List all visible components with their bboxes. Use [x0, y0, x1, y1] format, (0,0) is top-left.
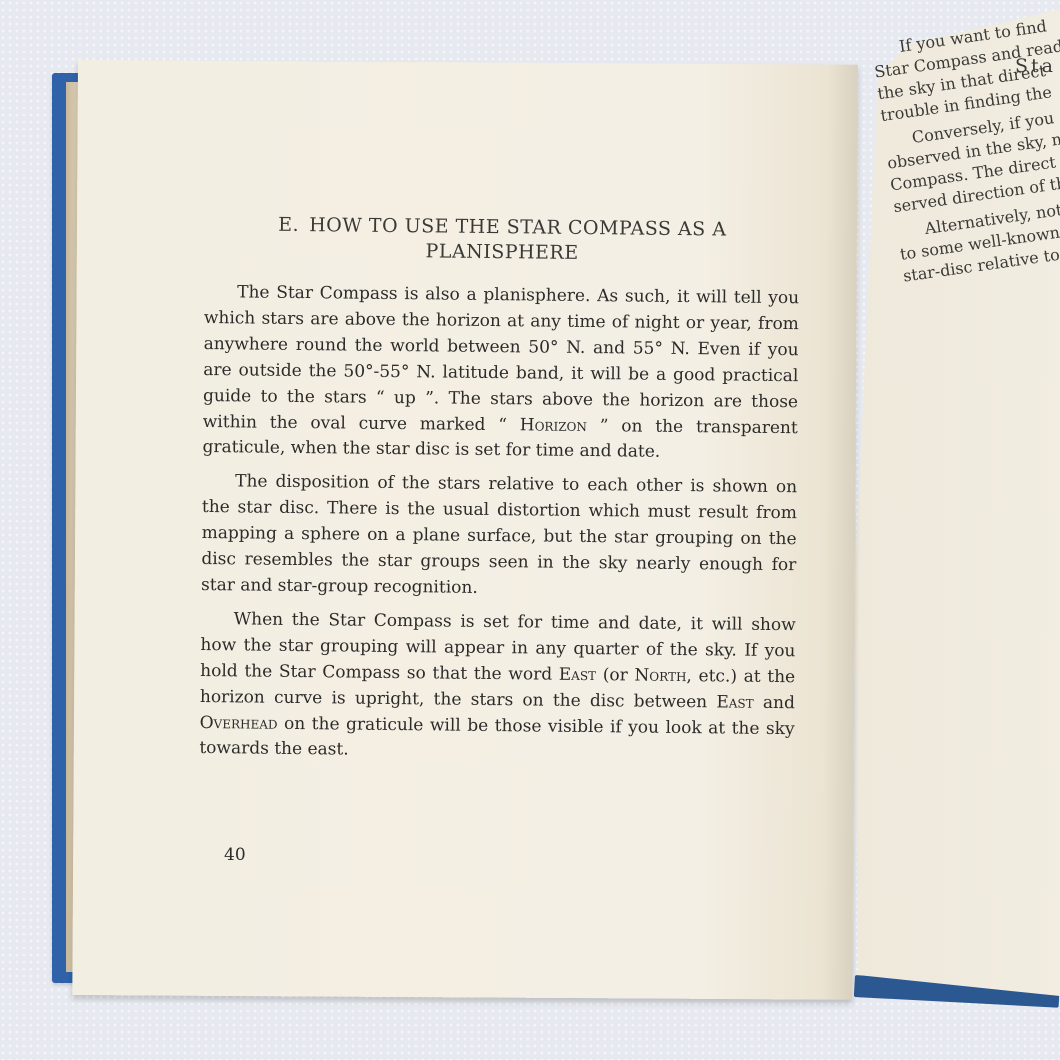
text-run: (or	[596, 665, 635, 685]
small-caps-term: Horizon	[520, 415, 587, 436]
text-run: The Star Compass is also a planisphere. …	[203, 282, 800, 434]
small-caps-term: Overhead	[200, 712, 278, 733]
paragraph-2: The disposition of the stars relative to…	[201, 469, 797, 605]
chapter-title-line2: PLANISPHERE	[425, 240, 578, 264]
small-caps-term: East	[559, 664, 597, 684]
small-caps-term: East	[716, 692, 754, 712]
paragraph-3: When the Star Compass is set for time an…	[199, 607, 796, 769]
chapter-label: E.	[278, 214, 299, 236]
small-caps-term: North	[634, 665, 686, 686]
right-page-text: If you want to find Star Compass and rea…	[870, 0, 1060, 292]
text-run: and	[754, 692, 795, 712]
page-number: 40	[224, 845, 246, 865]
chapter-title: E.HOW TO USE THE STAR COMPASS AS A PLANI…	[204, 212, 799, 268]
text-run: on the graticule will be those visible i…	[199, 713, 794, 760]
paragraph-1: The Star Compass is also a planisphere. …	[202, 280, 799, 468]
left-page-text: E.HOW TO USE THE STAR COMPASS AS A PLANI…	[199, 212, 800, 777]
chapter-title-line1: HOW TO USE THE STAR COMPASS AS A	[309, 214, 727, 240]
